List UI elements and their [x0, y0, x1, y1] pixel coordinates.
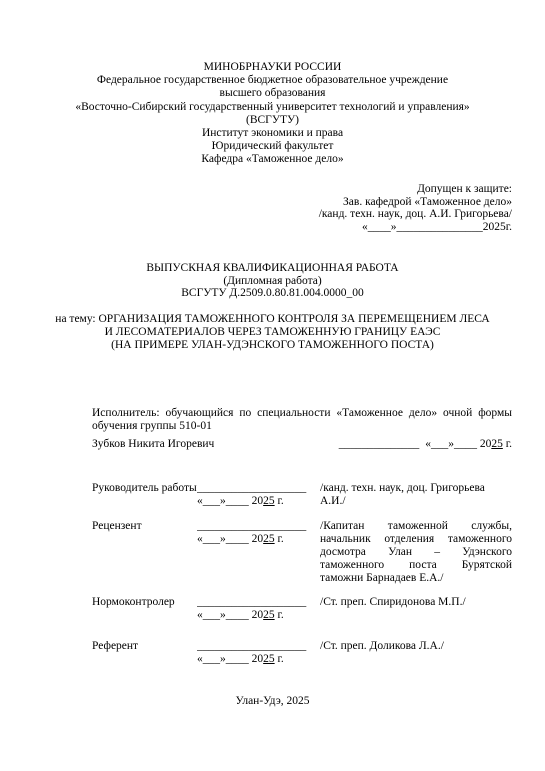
reviewer-signature-blank: ___________________ — [197, 520, 320, 533]
supervisor-date-blank: «___»____ 2025 г. — [197, 495, 320, 508]
work-subtitle: (Дипломная работа) — [0, 275, 545, 288]
reviewer-person: /Капитан таможенной службы, начальник от… — [320, 520, 512, 585]
date-suffix: г. — [275, 495, 284, 507]
theme-line-2: И ЛЕСОМАТЕРИАЛОВ ЧЕРЕЗ ТАМОЖЕННУЮ ГРАНИЦ… — [0, 326, 545, 339]
institution-line: Федеральное государственное бюджетное об… — [0, 74, 545, 87]
date-prefix: «___»____ 20 — [197, 653, 263, 665]
date-year: 25 — [263, 609, 275, 621]
date-year: 25 — [263, 653, 275, 665]
executor-sign-and-date: ______________«___»____ 2025 г. — [339, 438, 512, 450]
date-year: 25 — [263, 495, 275, 507]
supervisor-sign-area: ___________________ «___»____ 2025 г. — [197, 482, 320, 508]
admission-title: Допущен к защите: — [319, 183, 512, 196]
norm-controller-person: /Ст. преп. Спиридонова М.П./ — [320, 596, 512, 622]
admission-signer-name: /канд. техн. наук, доц. А.И. Григорьева/ — [319, 208, 512, 221]
date-prefix: «___»____ 20 — [197, 495, 263, 507]
admission-head-of-department: Зав. кафедрой «Таможенное дело» — [319, 196, 512, 209]
referent-date-blank: «___»____ 2025 г. — [197, 653, 320, 666]
norm-controller-sign-area: ___________________ «___»____ 2025 г. — [197, 596, 320, 622]
date-prefix: «___»____ 20 — [425, 438, 491, 450]
signature-row-norm-controller: Нормоконтролер ___________________ «___»… — [92, 596, 512, 622]
work-title-block: ВЫПУСКНАЯ КВАЛИФИКАЦИОННАЯ РАБОТА (Дипло… — [0, 262, 545, 300]
norm-controller-signature-blank: ___________________ — [197, 596, 320, 609]
reviewer-date-blank: «___»____ 2025 г. — [197, 533, 320, 546]
signature-row-referent: Референт ___________________ «___»____ 2… — [92, 640, 512, 666]
reviewer-sign-area: ___________________ «___»____ 2025 г. — [197, 520, 320, 585]
executor-signature-blank: ______________ — [339, 438, 420, 450]
signature-row-supervisor: Руководитель работы ___________________ … — [92, 482, 512, 508]
reviewer-role-label: Рецензент — [92, 520, 197, 585]
work-title: ВЫПУСКНАЯ КВАЛИФИКАЦИОННАЯ РАБОТА — [0, 262, 545, 275]
executor-date-blank: «___»____ 2025 г. — [425, 438, 512, 450]
executor-signature-row: Зубков Никита Игоревич ______________«__… — [92, 438, 512, 450]
institute-line: Институт экономики и права — [0, 127, 545, 140]
executor-name: Зубков Никита Игоревич — [92, 438, 214, 450]
university-name-line: «Восточно-Сибирский государственный унив… — [0, 101, 545, 114]
city-year-footer: Улан-Удэ, 2025 — [0, 695, 545, 707]
norm-controller-date-blank: «___»____ 2025 г. — [197, 609, 320, 622]
referent-role-label: Референт — [92, 640, 197, 666]
date-suffix: г. — [275, 653, 284, 665]
department-line: Кафедра «Таможенное дело» — [0, 153, 545, 166]
thesis-theme-block: на тему: ОРГАНИЗАЦИЯ ТАМОЖЕННОГО КОНТРОЛ… — [0, 313, 545, 352]
thesis-title-page: МИНОБРНАУКИ РОССИИ Федеральное государст… — [0, 0, 545, 771]
referent-person: /Ст. преп. Доликова Л.А./ — [320, 640, 512, 666]
ministry-line: МИНОБРНАУКИ РОССИИ — [0, 61, 545, 74]
university-header: МИНОБРНАУКИ РОССИИ Федеральное государст… — [0, 61, 545, 167]
supervisor-role-label: Руководитель работы — [92, 482, 197, 508]
date-suffix: г. — [275, 609, 284, 621]
supervisor-signature-blank: ___________________ — [197, 482, 320, 495]
date-prefix: «___»____ 20 — [197, 533, 263, 545]
education-level-line: высшего образования — [0, 87, 545, 100]
date-year: 25 — [491, 438, 503, 450]
theme-line-3: (НА ПРИМЕРЕ УЛАН-УДЭНСКОГО ТАМОЖЕННОГО П… — [0, 339, 545, 352]
theme-line-1: на тему: ОРГАНИЗАЦИЯ ТАМОЖЕННОГО КОНТРОЛ… — [0, 313, 545, 326]
university-abbr-line: (ВСГУТУ) — [0, 114, 545, 127]
date-suffix: г. — [275, 533, 284, 545]
supervisor-person: /канд. техн. наук, доц. Григорьева А.И./ — [320, 482, 512, 508]
faculty-line: Юридический факультет — [0, 140, 545, 153]
work-code: ВСГУТУ Д.2509.0.80.81.004.0000_00 — [0, 287, 545, 300]
date-year: 25 — [263, 533, 275, 545]
executor-paragraph: Исполнитель: обучающийся по специальност… — [92, 407, 512, 434]
signature-row-reviewer: Рецензент ___________________ «___»____ … — [92, 520, 512, 585]
referent-signature-blank: ___________________ — [197, 640, 320, 653]
date-prefix: «___»____ 20 — [197, 609, 263, 621]
referent-sign-area: ___________________ «___»____ 2025 г. — [197, 640, 320, 666]
admission-date-blank: «____»_______________2025г. — [319, 221, 512, 234]
norm-controller-role-label: Нормоконтролер — [92, 596, 197, 622]
admission-block: Допущен к защите: Зав. кафедрой «Таможен… — [319, 183, 512, 233]
date-suffix: г. — [503, 438, 512, 450]
